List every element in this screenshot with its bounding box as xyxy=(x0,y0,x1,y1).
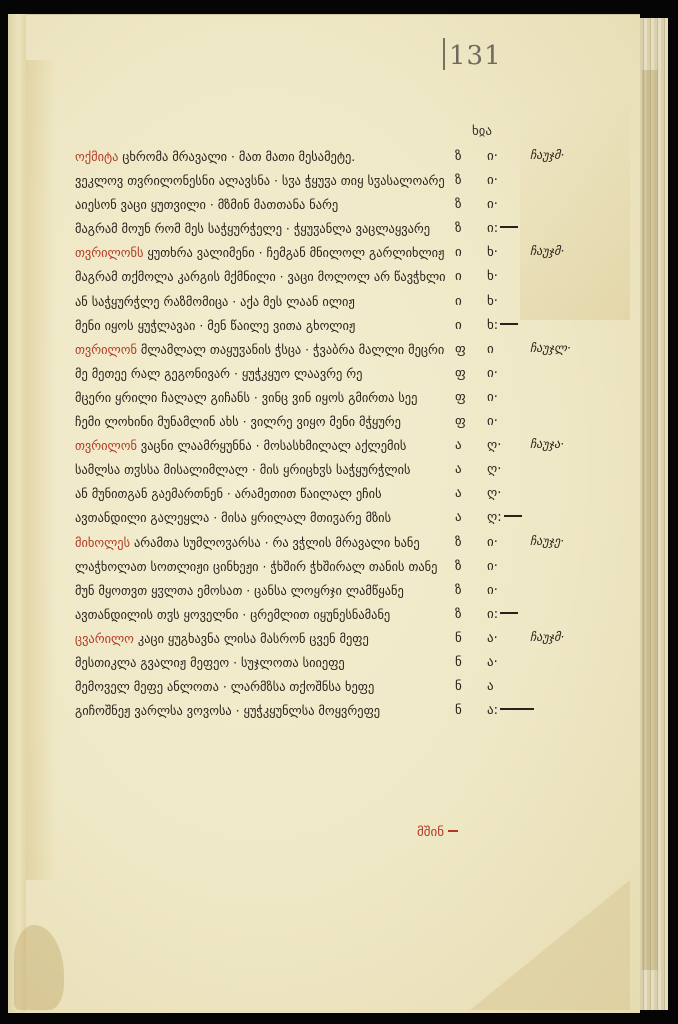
verse-line: ლაჭხოლათ სოთლიჟი ცინხეჟი · ჭხშირ ჭხშირალ… xyxy=(75,560,635,584)
line-number-text: ი· xyxy=(487,366,498,381)
verse-body: მაგრამ მოუნ რომ მეს საჭყურჭელე · ჭყუჳანლ… xyxy=(75,222,430,236)
verse-text: გიჩოშნეჟ ვარლსა ვოვოსა · ყუჭკყუნლსა მოყვ… xyxy=(75,704,380,718)
stanza-end-dash xyxy=(500,323,518,325)
verse-line: აიესონ ვაცი ყუთვილი · მზმინ მათთანა ნარე… xyxy=(75,198,635,222)
stanza-number: ზ xyxy=(455,174,462,188)
line-number: ი· xyxy=(487,415,498,429)
stanza-number: ა xyxy=(455,487,462,501)
verse-body: ლაჭხოლათ სოთლიჟი ცინხეჟი · ჭხშირ ჭხშირალ… xyxy=(75,560,437,574)
line-number-text: ა: xyxy=(487,703,498,718)
verse-body: მლამლალ თაყუჳანის ჭსცა · ჭვაბრა მალლი მე… xyxy=(137,343,445,357)
line-number: ი· xyxy=(487,174,498,188)
line-number-text: ხ· xyxy=(487,269,498,284)
verse-line: თვრილონ ვაცნი ლაამრყუნნა · მოსასხმილალ ა… xyxy=(75,439,635,463)
verse-text: თვრილონ მლამლალ თაყუჳანის ჭსცა · ჭვაბრა … xyxy=(75,343,445,357)
verse-body: ავთანდილი გალეყლა · მისა ყრილალ მთიჳარე … xyxy=(75,511,391,525)
verse-text: მცერი ყრილი ჩალალ გიჩანს · ვინც ვინ იყოს… xyxy=(75,391,417,405)
verse-body: გიჩოშნეჟ ვარლსა ვოვოსა · ყუჭკყუნლსა მოყვ… xyxy=(75,704,380,718)
stanza-number: ნ xyxy=(455,704,462,718)
verse-text: აიესონ ვაცი ყუთვილი · მზმინ მათთანა ნარე xyxy=(75,198,338,212)
stanza-number: ზ xyxy=(455,150,462,164)
verse-line: მაგრამ თქმოლა კარგის მქმნილი · ვაცი მოლო… xyxy=(75,270,635,294)
line-number-text: ა· xyxy=(487,631,498,646)
rubric-initial: თვრილონ xyxy=(75,343,137,357)
verse-text: ან საჭყურჭლე რაზმომიცა · აქა მეს ლაან ილ… xyxy=(75,295,355,309)
verse-line: ჩემი ლოხინი მუნამლინ ახს · ვილრე ვიყო მე… xyxy=(75,415,635,439)
stanza-number: ა xyxy=(455,439,462,453)
text-block: ოქმიტა ცხრომა მრავალი · მათ მათი მესამეტ… xyxy=(75,150,635,728)
verse-line: მენი იყოს ყუჭლავაი · მენ წაილე ვითა გხოლ… xyxy=(75,319,635,343)
stanza-number: ი xyxy=(455,295,462,309)
stanza-end-dash xyxy=(500,226,518,228)
line-number: ღ· xyxy=(487,487,501,501)
line-number-text: ი· xyxy=(487,390,498,405)
stanza-number: ფ xyxy=(455,391,466,405)
quire-signature: ხჲა xyxy=(472,124,492,139)
stanza-number: ი xyxy=(455,270,462,284)
line-number-text: ა xyxy=(487,679,494,694)
line-number: ა· xyxy=(487,632,498,646)
line-number-text: ხ· xyxy=(487,245,498,260)
verse-text: ავთანდილის თჳს ყოველნი · ცრემლით იყუნესნ… xyxy=(75,608,390,622)
line-number-text: ი· xyxy=(487,559,498,574)
margin-note: ჩაუჯმ· xyxy=(530,148,564,162)
folio-number: 131 xyxy=(443,38,502,71)
line-number-text: ი: xyxy=(487,607,498,622)
verse-text: მაგრამ თქმოლა კარგის მქმნილი · ვაცი მოლო… xyxy=(75,270,445,284)
line-number: ი· xyxy=(487,391,498,405)
verse-line: ან მუნითგან გაემართნენ · არამეთით წაილალ… xyxy=(75,487,635,511)
fore-edge-stain xyxy=(642,70,658,970)
margin-note: ჩაუჯმ· xyxy=(530,630,564,644)
line-number: ა xyxy=(487,680,494,694)
line-number: ი· xyxy=(487,584,498,598)
line-number: ხ· xyxy=(487,270,498,284)
verse-text: მიხოლეს არამთა სუმლოჳარსა · რა ვჭლის მრა… xyxy=(75,536,420,550)
verse-text: მე მეთეე რალ გეგონივარ · ყუჭკყუო ლაავრე … xyxy=(75,367,362,381)
stanza-number: ნ xyxy=(455,632,462,646)
line-number-text: ი· xyxy=(487,149,498,164)
margin-note: ჩაუჯლ· xyxy=(530,341,571,355)
verse-line: მუნ მყოთვთ ყჳლთა ემოსათ · ცანსა ლოყრჯი ლ… xyxy=(75,584,635,608)
verse-body: მცერი ყრილი ჩალალ გიჩანს · ვინც ვინ იყოს… xyxy=(75,391,417,405)
rubric-initial: მიხოლეს xyxy=(75,536,130,550)
verse-line: თვრილონ მლამლალ თაყუჳანის ჭსცა · ჭვაბრა … xyxy=(75,343,635,367)
binding-gutter xyxy=(8,14,26,1012)
line-number-text: ი· xyxy=(487,414,498,429)
verse-text: თვრილონს ყუთხრა ვალიმენი · ჩემგან მნილოლ… xyxy=(75,246,444,260)
stanza-end-dash xyxy=(504,515,522,517)
verse-text: ცვარილო კაცი ყუგხავნა ლისა მასრონ ცვენ მ… xyxy=(75,632,369,646)
rubric-initial: ცვარილო xyxy=(75,632,134,646)
verse-line: ავთანდილის თჳს ყოველნი · ცრემლით იყუნესნ… xyxy=(75,608,635,632)
line-number: ხ· xyxy=(487,246,498,260)
verse-text: მაგრამ მოუნ რომ მეს საჭყურჭელე · ჭყუჳანლ… xyxy=(75,222,430,236)
verse-line: თვრილონს ყუთხრა ვალიმენი · ჩემგან მნილოლ… xyxy=(75,246,635,270)
line-number: ღ· xyxy=(487,439,501,453)
stanza-number: ზ xyxy=(455,198,462,212)
rubric-initial: თვრილონ xyxy=(75,439,137,453)
verse-line: მაგრამ მოუნ რომ მეს საჭყურჭელე · ჭყუჳანლ… xyxy=(75,222,635,246)
stanza-number: ფ xyxy=(455,343,466,357)
stanza-number: ნ xyxy=(455,680,462,694)
stanza-number: ა xyxy=(455,511,462,525)
verse-body: მე მეთეე რალ გეგონივარ · ყუჭკყუო ლაავრე … xyxy=(75,367,362,381)
verse-line: ავთანდილი გალეყლა · მისა ყრილალ მთიჳარე … xyxy=(75,511,635,535)
verse-line: მემოველ მეფე ანლოთა · ლარმზსა თქოშნსა ხე… xyxy=(75,680,635,704)
stanza-number: ზ xyxy=(455,536,462,550)
verse-line: ან საჭყურჭლე რაზმომიცა · აქა მეს ლაან ილ… xyxy=(75,295,635,319)
rubric-initial: ოქმიტა xyxy=(75,150,118,164)
line-number-text: ხ· xyxy=(487,294,498,309)
verse-body: მემოველ მეფე ანლოთა · ლარმზსა თქოშნსა ხე… xyxy=(75,680,374,694)
verse-text: ავთანდილი გალეყლა · მისა ყრილალ მთიჳარე … xyxy=(75,511,391,525)
verse-body: მაგრამ თქმოლა კარგის მქმნილი · ვაცი მოლო… xyxy=(75,270,445,284)
closing-rubric: მშინ xyxy=(417,825,458,840)
stanza-number: ზ xyxy=(455,560,462,574)
verse-line: მიხოლეს არამთა სუმლოჳარსა · რა ვჭლის მრა… xyxy=(75,536,635,560)
stanza-number: ნ xyxy=(455,656,462,670)
margin-note: ჩაუჯე· xyxy=(530,534,564,548)
stanza-end-dash xyxy=(500,708,534,710)
verse-text: ოქმიტა ცხრომა მრავალი · მათ მათი მესამეტ… xyxy=(75,150,355,164)
line-number-text: ი· xyxy=(487,535,498,550)
stanza-number: ა xyxy=(455,463,462,477)
line-number-text: ღ: xyxy=(487,510,502,525)
margin-note: ჩაუჯმ· xyxy=(530,244,564,258)
verse-line: მესთიკლა გვალიჟ მეფეო · სუჯლოთა სიიეფენა… xyxy=(75,656,635,680)
verse-body: მენი იყოს ყუჭლავაი · მენ წაილე ვითა გხოლ… xyxy=(75,319,355,333)
line-number: ი xyxy=(487,343,494,357)
folio-number-text: 131 xyxy=(449,41,502,71)
verse-line: გიჩოშნეჟ ვარლსა ვოვოსა · ყუჭკყუნლსა მოყვ… xyxy=(75,704,635,728)
line-number: ა· xyxy=(487,656,498,670)
verse-text: მუნ მყოთვთ ყჳლთა ემოსათ · ცანსა ლოყრჯი ლ… xyxy=(75,584,404,598)
line-number-text: ი· xyxy=(487,173,498,188)
line-number-text: ი· xyxy=(487,197,498,212)
line-number: ი· xyxy=(487,367,498,381)
verse-line: სამლსა თჳსსა მისალიმლალ · მის ყრიცხჳს სა… xyxy=(75,463,635,487)
rubric-initial: თვრილონს xyxy=(75,246,143,260)
line-number: ხ· xyxy=(487,295,498,309)
verse-text: სამლსა თჳსსა მისალიმლალ · მის ყრიცხჳს სა… xyxy=(75,463,410,477)
stanza-number: ი xyxy=(455,319,462,333)
verse-body: ვაცნი ლაამრყუნნა · მოსასხმილალ აქლემის xyxy=(137,439,406,453)
verse-body: არამთა სუმლოჳარსა · რა ვჭლის მრავალი ხან… xyxy=(130,536,420,550)
verse-body: ცხრომა მრავალი · მათ მათი მესამეტე. xyxy=(118,150,355,164)
verse-text: ან მუნითგან გაემართნენ · არამეთით წაილალ… xyxy=(75,487,382,501)
verse-text: მენი იყოს ყუჭლავაი · მენ წაილე ვითა გხოლ… xyxy=(75,319,355,333)
gutter-stain xyxy=(26,60,56,880)
line-number: ი· xyxy=(487,150,498,164)
verse-line: ცვარილო კაცი ყუგხავნა ლისა მასრონ ცვენ მ… xyxy=(75,632,635,656)
line-number: ხ: xyxy=(487,319,518,333)
line-number: ა: xyxy=(487,704,534,718)
margin-note: ჩაუჯა· xyxy=(530,437,564,451)
verse-body: ვეკლოვ თვრილონესნი ალავსნა · სჳა ჭყუჳა თ… xyxy=(75,174,445,188)
verse-body: მესთიკლა გვალიჟ მეფეო · სუჯლოთა სიიეფე xyxy=(75,656,345,670)
verse-line: ოქმიტა ცხრომა მრავალი · მათ მათი მესამეტ… xyxy=(75,150,635,174)
verse-text: ვეკლოვ თვრილონესნი ალავსნა · სჳა ჭყუჳა თ… xyxy=(75,174,445,188)
verse-line: მცერი ყრილი ჩალალ გიჩანს · ვინც ვინ იყოს… xyxy=(75,391,635,415)
verse-body: მუნ მყოთვთ ყჳლთა ემოსათ · ცანსა ლოყრჯი ლ… xyxy=(75,584,404,598)
line-number-text: ღ· xyxy=(487,462,501,477)
line-number: ი: xyxy=(487,608,518,622)
stanza-number: ფ xyxy=(455,415,466,429)
closing-dash xyxy=(448,830,458,832)
stanza-number: ზ xyxy=(455,584,462,598)
verse-text: ლაჭხოლათ სოთლიჟი ცინხეჟი · ჭხშირ ჭხშირალ… xyxy=(75,560,437,574)
verse-body: ან საჭყურჭლე რაზმომიცა · აქა მეს ლაან ილ… xyxy=(75,295,355,309)
line-number-text: ა· xyxy=(487,655,498,670)
line-number: ღ· xyxy=(487,463,501,477)
verse-body: ჩემი ლოხინი მუნამლინ ახს · ვილრე ვიყო მე… xyxy=(75,415,401,429)
line-number: ი· xyxy=(487,198,498,212)
verse-body: ან მუნითგან გაემართნენ · არამეთით წაილალ… xyxy=(75,487,382,501)
verse-text: ჩემი ლოხინი მუნამლინ ახს · ვილრე ვიყო მე… xyxy=(75,415,401,429)
stanza-number: ზ xyxy=(455,222,462,236)
stanza-number: ზ xyxy=(455,608,462,622)
verse-text: მესთიკლა გვალიჟ მეფეო · სუჯლოთა სიიეფე xyxy=(75,656,345,670)
line-number-text: ხ: xyxy=(487,318,498,333)
verse-body: ყუთხრა ვალიმენი · ჩემგან მნილოლ გარლიხლი… xyxy=(143,246,444,260)
line-number: ი: xyxy=(487,222,518,236)
verse-line: ვეკლოვ თვრილონესნი ალავსნა · სჳა ჭყუჳა თ… xyxy=(75,174,635,198)
line-number-text: ღ· xyxy=(487,438,501,453)
verse-body: კაცი ყუგხავნა ლისა მასრონ ცვენ მეფე xyxy=(134,632,369,646)
line-number-text: ი xyxy=(487,342,494,357)
line-number: ი· xyxy=(487,560,498,574)
verse-text: თვრილონ ვაცნი ლაამრყუნნა · მოსასხმილალ ა… xyxy=(75,439,406,453)
stanza-end-dash xyxy=(500,612,518,614)
verse-text: მემოველ მეფე ანლოთა · ლარმზსა თქოშნსა ხე… xyxy=(75,680,374,694)
verse-body: სამლსა თჳსსა მისალიმლალ · მის ყრიცხჳს სა… xyxy=(75,463,410,477)
line-number: ი· xyxy=(487,536,498,550)
line-number-text: ღ· xyxy=(487,486,501,501)
closing-rubric-text: მშინ xyxy=(417,825,444,840)
line-number-text: ი: xyxy=(487,221,498,236)
line-number: ღ: xyxy=(487,511,522,525)
line-number-text: ი· xyxy=(487,583,498,598)
verse-body: ავთანდილის თჳს ყოველნი · ცრემლით იყუნესნ… xyxy=(75,608,390,622)
stanza-number: ფ xyxy=(455,367,466,381)
verse-body: აიესონ ვაცი ყუთვილი · მზმინ მათთანა ნარე xyxy=(75,198,338,212)
stanza-number: ი xyxy=(455,246,462,260)
verse-line: მე მეთეე რალ გეგონივარ · ყუჭკყუო ლაავრე … xyxy=(75,367,635,391)
